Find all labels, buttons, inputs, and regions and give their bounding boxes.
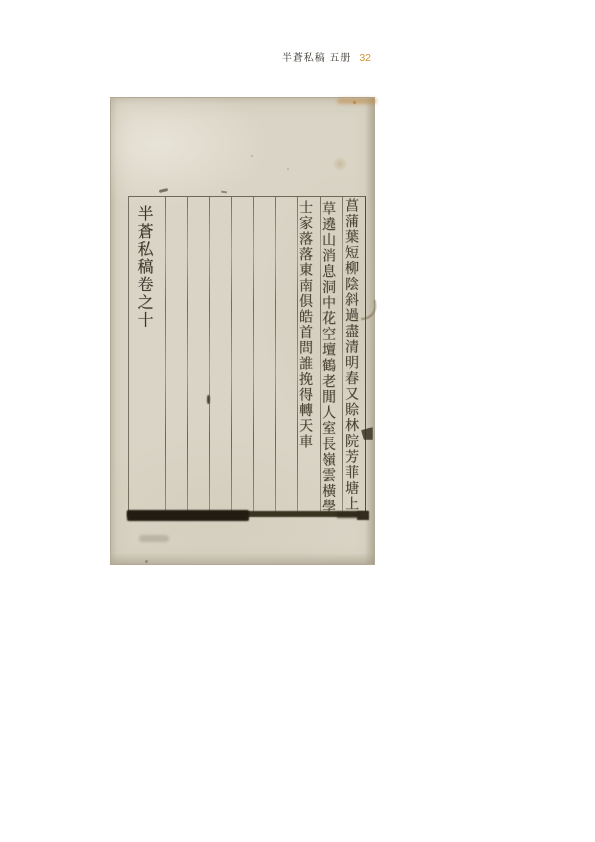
volume-title-column: 半蒼私稿卷之十 xyxy=(137,205,155,329)
grid-column-line xyxy=(231,197,232,513)
poem-column-2: 草遶山消息洞中花空壇鶴老閒人室長嶺雲橫學 xyxy=(319,201,337,515)
grid-column-line xyxy=(275,197,276,513)
ink-tick xyxy=(159,188,168,193)
pdf-page: 半蒼私稿 五册 32 半蒼私稿卷之十 菖蒲葉短柳陰斜過盡清明春又賒林院芳菲塘上 … xyxy=(0,0,595,842)
grid-bottom-rule-smudge xyxy=(337,512,359,518)
running-header: 半蒼私稿 五册 32 xyxy=(0,49,371,64)
paper-stain xyxy=(337,98,377,104)
grid-column-line xyxy=(253,197,254,513)
poem-column-3: 士家落落東南俱皓首問誰挽得轉天車 xyxy=(296,200,314,450)
grid-column-line xyxy=(165,197,166,513)
paper-smudge xyxy=(139,535,169,542)
header-title: 半蒼私稿 五册 xyxy=(282,49,352,64)
paper-speck xyxy=(251,155,253,157)
grid-column-line xyxy=(187,197,188,513)
paper-speck xyxy=(287,168,289,170)
poem-column-1: 菖蒲葉短柳陰斜過盡清明春又賒林院芳菲塘上 xyxy=(342,198,360,512)
paper-speck xyxy=(353,101,356,104)
grid-bottom-rule-thick xyxy=(127,510,249,521)
grid-column-line xyxy=(209,197,210,513)
paper-stain xyxy=(332,157,348,171)
header-page-number: 32 xyxy=(359,52,371,64)
ink-tick xyxy=(221,191,227,194)
manuscript-scan: 半蒼私稿卷之十 菖蒲葉短柳陰斜過盡清明春又賒林院芳菲塘上 草遶山消息洞中花空壇鶴… xyxy=(110,97,375,565)
paper-speck xyxy=(145,560,148,563)
